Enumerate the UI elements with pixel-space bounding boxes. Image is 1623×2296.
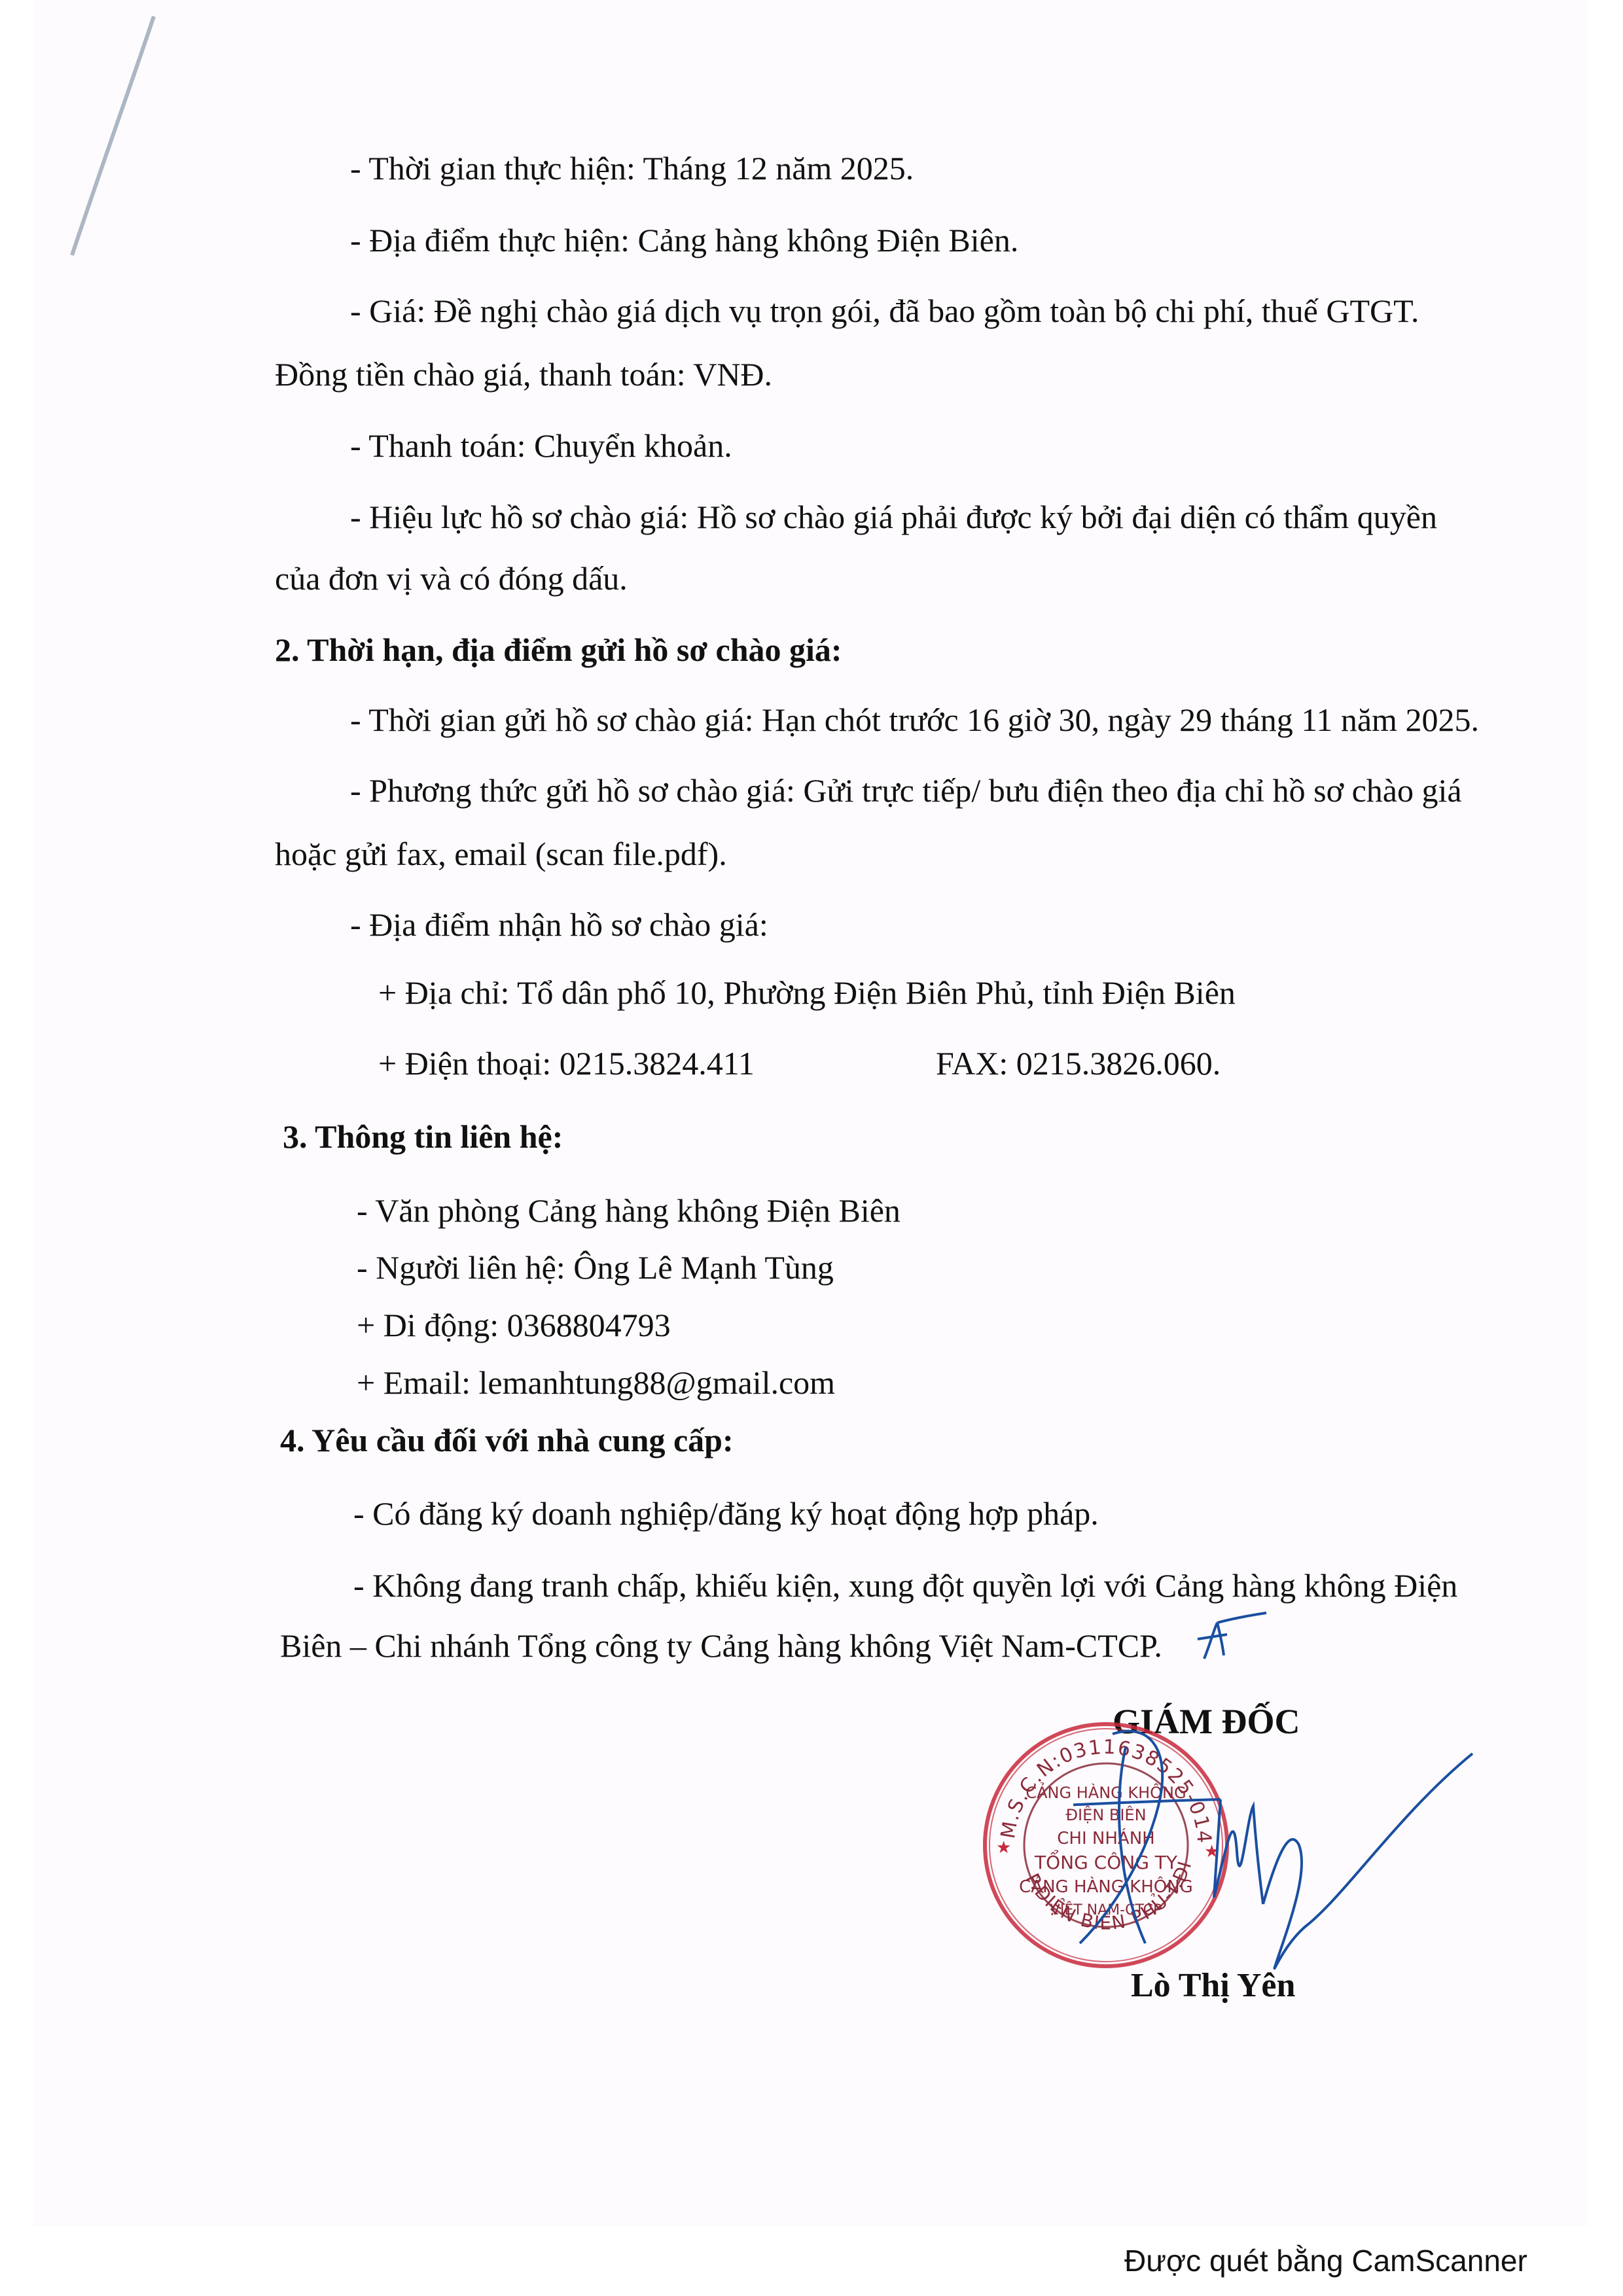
item-location: - Địa điểm thực hiện: Cảng hàng không Đi… — [350, 224, 1018, 256]
contact-person: - Người liên hệ: Ông Lê Mạnh Tùng — [357, 1251, 834, 1284]
fax: FAX: 0215.3826.060. — [936, 1047, 1221, 1080]
item-time: - Thời gian thực hiện: Tháng 12 năm 2025… — [350, 152, 914, 185]
contact-mobile: + Di động: 0368804793 — [357, 1309, 671, 1341]
item-price: - Giá: Đề nghị chào giá dịch vụ trọn gói… — [350, 294, 1419, 327]
item-validity: - Hiệu lực hồ sơ chào giá: Hồ sơ chào gi… — [350, 501, 1437, 533]
requirement-2: - Không đang tranh chấp, khiếu kiện, xun… — [353, 1569, 1457, 1602]
initial-mark — [1191, 1610, 1270, 1662]
item-price-continuation: Đồng tiền chào giá, thanh toán: VNĐ. — [275, 358, 772, 391]
item-validity-continuation: của đơn vị và có đóng dấu. — [275, 562, 628, 595]
section4-heading: 4. Yêu cầu đối với nhà cung cấp: — [280, 1424, 734, 1457]
section2-heading: 2. Thời hạn, địa điểm gửi hồ sơ chào giá… — [275, 633, 842, 666]
requirement-2-continuation: Biên – Chi nhánh Tổng công ty Cảng hàng … — [280, 1629, 1162, 1662]
svg-text:★: ★ — [996, 1838, 1011, 1857]
receiving-location-label: - Địa điểm nhận hồ sơ chào giá: — [350, 908, 768, 941]
camscanner-watermark: Được quét bằng CamScanner — [1124, 2243, 1527, 2278]
section3-heading: 3. Thông tin liên hệ: — [283, 1120, 563, 1153]
item-payment: - Thanh toán: Chuyển khoản. — [350, 429, 732, 462]
submission-deadline: - Thời gian gửi hồ sơ chào giá: Hạn chót… — [350, 703, 1479, 736]
submission-method-continuation: hoặc gửi fax, email (scan file.pdf). — [275, 838, 727, 870]
pen-stroke-mark — [33, 7, 164, 268]
address: + Địa chỉ: Tổ dân phố 10, Phường Điện Bi… — [378, 976, 1236, 1009]
submission-method: - Phương thức gửi hồ sơ chào giá: Gửi tr… — [350, 774, 1462, 807]
phone: + Điện thoại: 0215.3824.411 — [378, 1047, 755, 1080]
requirement-1: - Có đăng ký doanh nghiệp/đăng ký hoạt đ… — [353, 1497, 1099, 1530]
contact-office: - Văn phòng Cảng hàng không Điện Biên — [357, 1194, 901, 1227]
contact-email[interactable]: + Email: lemanhtung88@gmail.com — [357, 1366, 835, 1399]
signer-name: Lò Thị Yên — [1131, 1966, 1295, 2005]
